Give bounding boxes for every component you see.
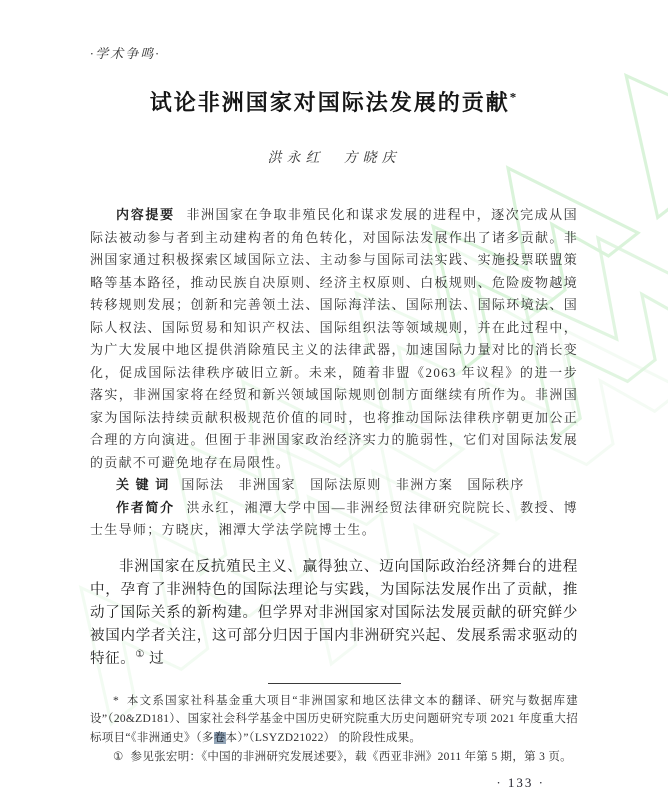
keywords-line: 关 键 词国际法 非洲国家 国际法原则 非洲方案 国际秩序 (90, 474, 578, 497)
abstract-text: 非洲国家在争取非殖民化和谋求发展的进程中，逐次完成从国际法被动参与者到主动建构者… (90, 207, 578, 470)
article-title: 试论非洲国家对国际法发展的贡献* (90, 88, 578, 118)
footnote-one: ①参见张宏明：《中国的非洲研究发展述要》，载《西亚非洲》2011 年第 5 期，… (90, 748, 578, 767)
highlighted-character: 卷 (214, 732, 226, 744)
keywords-label: 关 键 词 (116, 477, 170, 492)
abstract-label: 内容提要 (116, 207, 175, 222)
footnote-one-text: 参见张宏明：《中国的非洲研究发展述要》，载《西亚非洲》2011 年第 5 期，第… (131, 751, 572, 763)
section-label: ·学术争鸣· (90, 46, 578, 62)
article-title-text: 试论非洲国家对国际法发展的贡献 (150, 90, 510, 115)
title-footnote-marker: * (510, 90, 519, 105)
body-text-after-ref: 过 (145, 651, 164, 667)
page-content: ·学术争鸣· 试论非洲国家对国际法发展的贡献* 洪永红 方晓庆 内容提要非洲国家… (0, 0, 668, 791)
keywords-text: 国际法 非洲国家 国际法原则 非洲方案 国际秩序 (181, 477, 524, 492)
body-paragraph: 非洲国家在反抗殖民主义、赢得独立、迈向国际政治经济舞台的进程中，孕育了非洲特色的… (90, 556, 578, 671)
author-bio-line: 作者简介洪永红，湘潭大学中国—非洲经贸法律研究院院长、教授、博士生导师；方晓庆，… (90, 497, 578, 542)
footnote-star-marker: * (113, 695, 119, 707)
footnotes: *本文系国家社科基金重大项目“非洲国家和地区法律文本的翻译、研究与数据库建设”（… (90, 692, 578, 767)
footnote-star-text-after: 本）”（LSYZD21022） 的阶段性成果。 (226, 732, 422, 744)
body-footnote-ref: ① (135, 649, 145, 660)
author-names: 洪永红 方晓庆 (90, 150, 578, 168)
author-bio-label: 作者简介 (116, 500, 175, 515)
footnote-divider (268, 683, 401, 684)
abstract-paragraph: 内容提要非洲国家在争取非殖民化和谋求发展的进程中，逐次完成从国际法被动参与者到主… (90, 204, 578, 474)
journal-page: ·学术争鸣· 试论非洲国家对国际法发展的贡献* 洪永红 方晓庆 内容提要非洲国家… (0, 0, 668, 802)
page-number: · 133 · (90, 775, 578, 791)
footnote-one-marker: ① (113, 751, 124, 763)
front-matter: 内容提要非洲国家在争取非殖民化和谋求发展的进程中，逐次完成从国际法被动参与者到主… (90, 204, 578, 542)
footnote-star: *本文系国家社科基金重大项目“非洲国家和地区法律文本的翻译、研究与数据库建设”（… (90, 692, 578, 748)
